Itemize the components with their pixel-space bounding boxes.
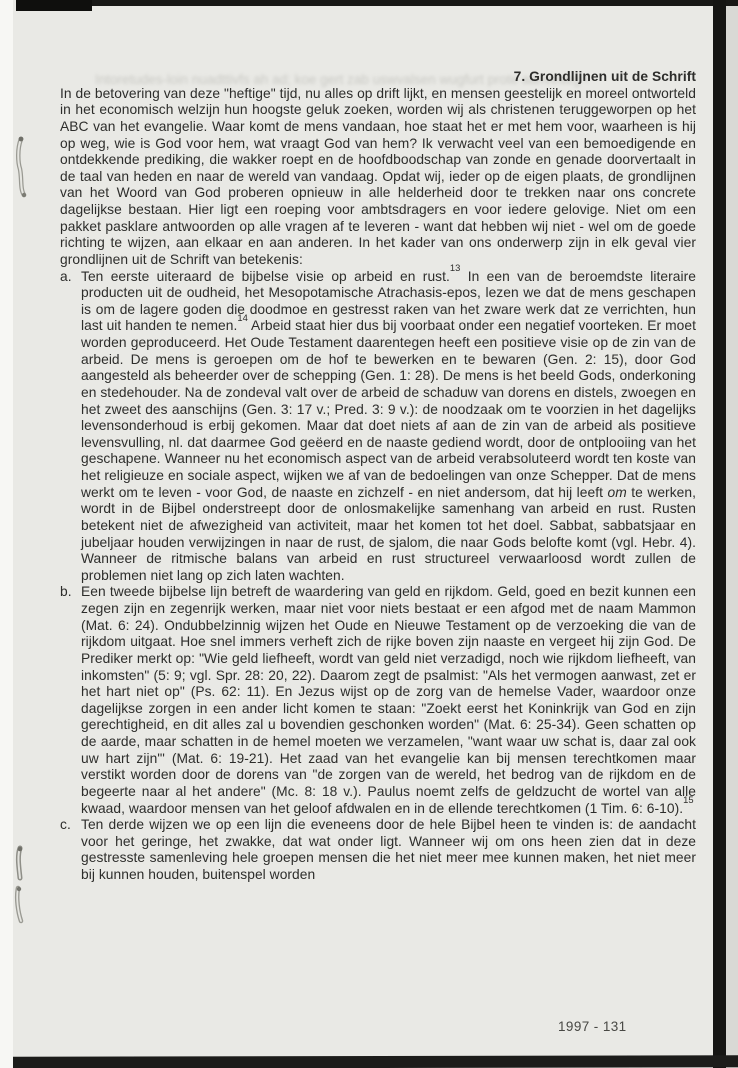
scan-border-bottom bbox=[13, 1055, 738, 1068]
list-item-b: b. Een tweede bijbelse lijn betreft de w… bbox=[60, 584, 696, 817]
list-item-a: a. Ten eerste uiteraard de bijbelse visi… bbox=[60, 269, 696, 585]
scan-border-right bbox=[713, 0, 726, 1068]
list-item-label: c. bbox=[60, 817, 71, 834]
list-item-text: Een tweede bijbelse lijn betreft de waar… bbox=[81, 584, 696, 815]
scan-border-top-left bbox=[16, 0, 92, 11]
list-item-label: b. bbox=[60, 584, 72, 601]
list-item-text: Ten derde wijzen we op een lijn die even… bbox=[81, 817, 696, 882]
scanned-page: Intoretudes-loin nuadttivfs ah ad; koe g… bbox=[0, 0, 738, 1068]
text-block: 7. Grondlijnen uit de Schrift In de beto… bbox=[60, 69, 696, 884]
list-item-label: a. bbox=[60, 269, 72, 286]
scan-edge-right-strip bbox=[726, 0, 738, 1068]
page-number: 1997 - 131 bbox=[558, 1019, 627, 1034]
section-heading: 7. Grondlijnen uit de Schrift bbox=[60, 69, 696, 86]
staple-top-icon bbox=[11, 135, 37, 199]
intro-paragraph: In de betovering van deze "heftige" tijd… bbox=[60, 86, 696, 269]
staple-bottom-icon bbox=[9, 844, 33, 926]
list-item-text: Ten eerste uiteraard de bijbelse visie o… bbox=[81, 269, 696, 583]
scan-border-top bbox=[16, 0, 738, 6]
list-item-c: c. Ten derde wijzen we op een lijn die e… bbox=[60, 817, 696, 884]
